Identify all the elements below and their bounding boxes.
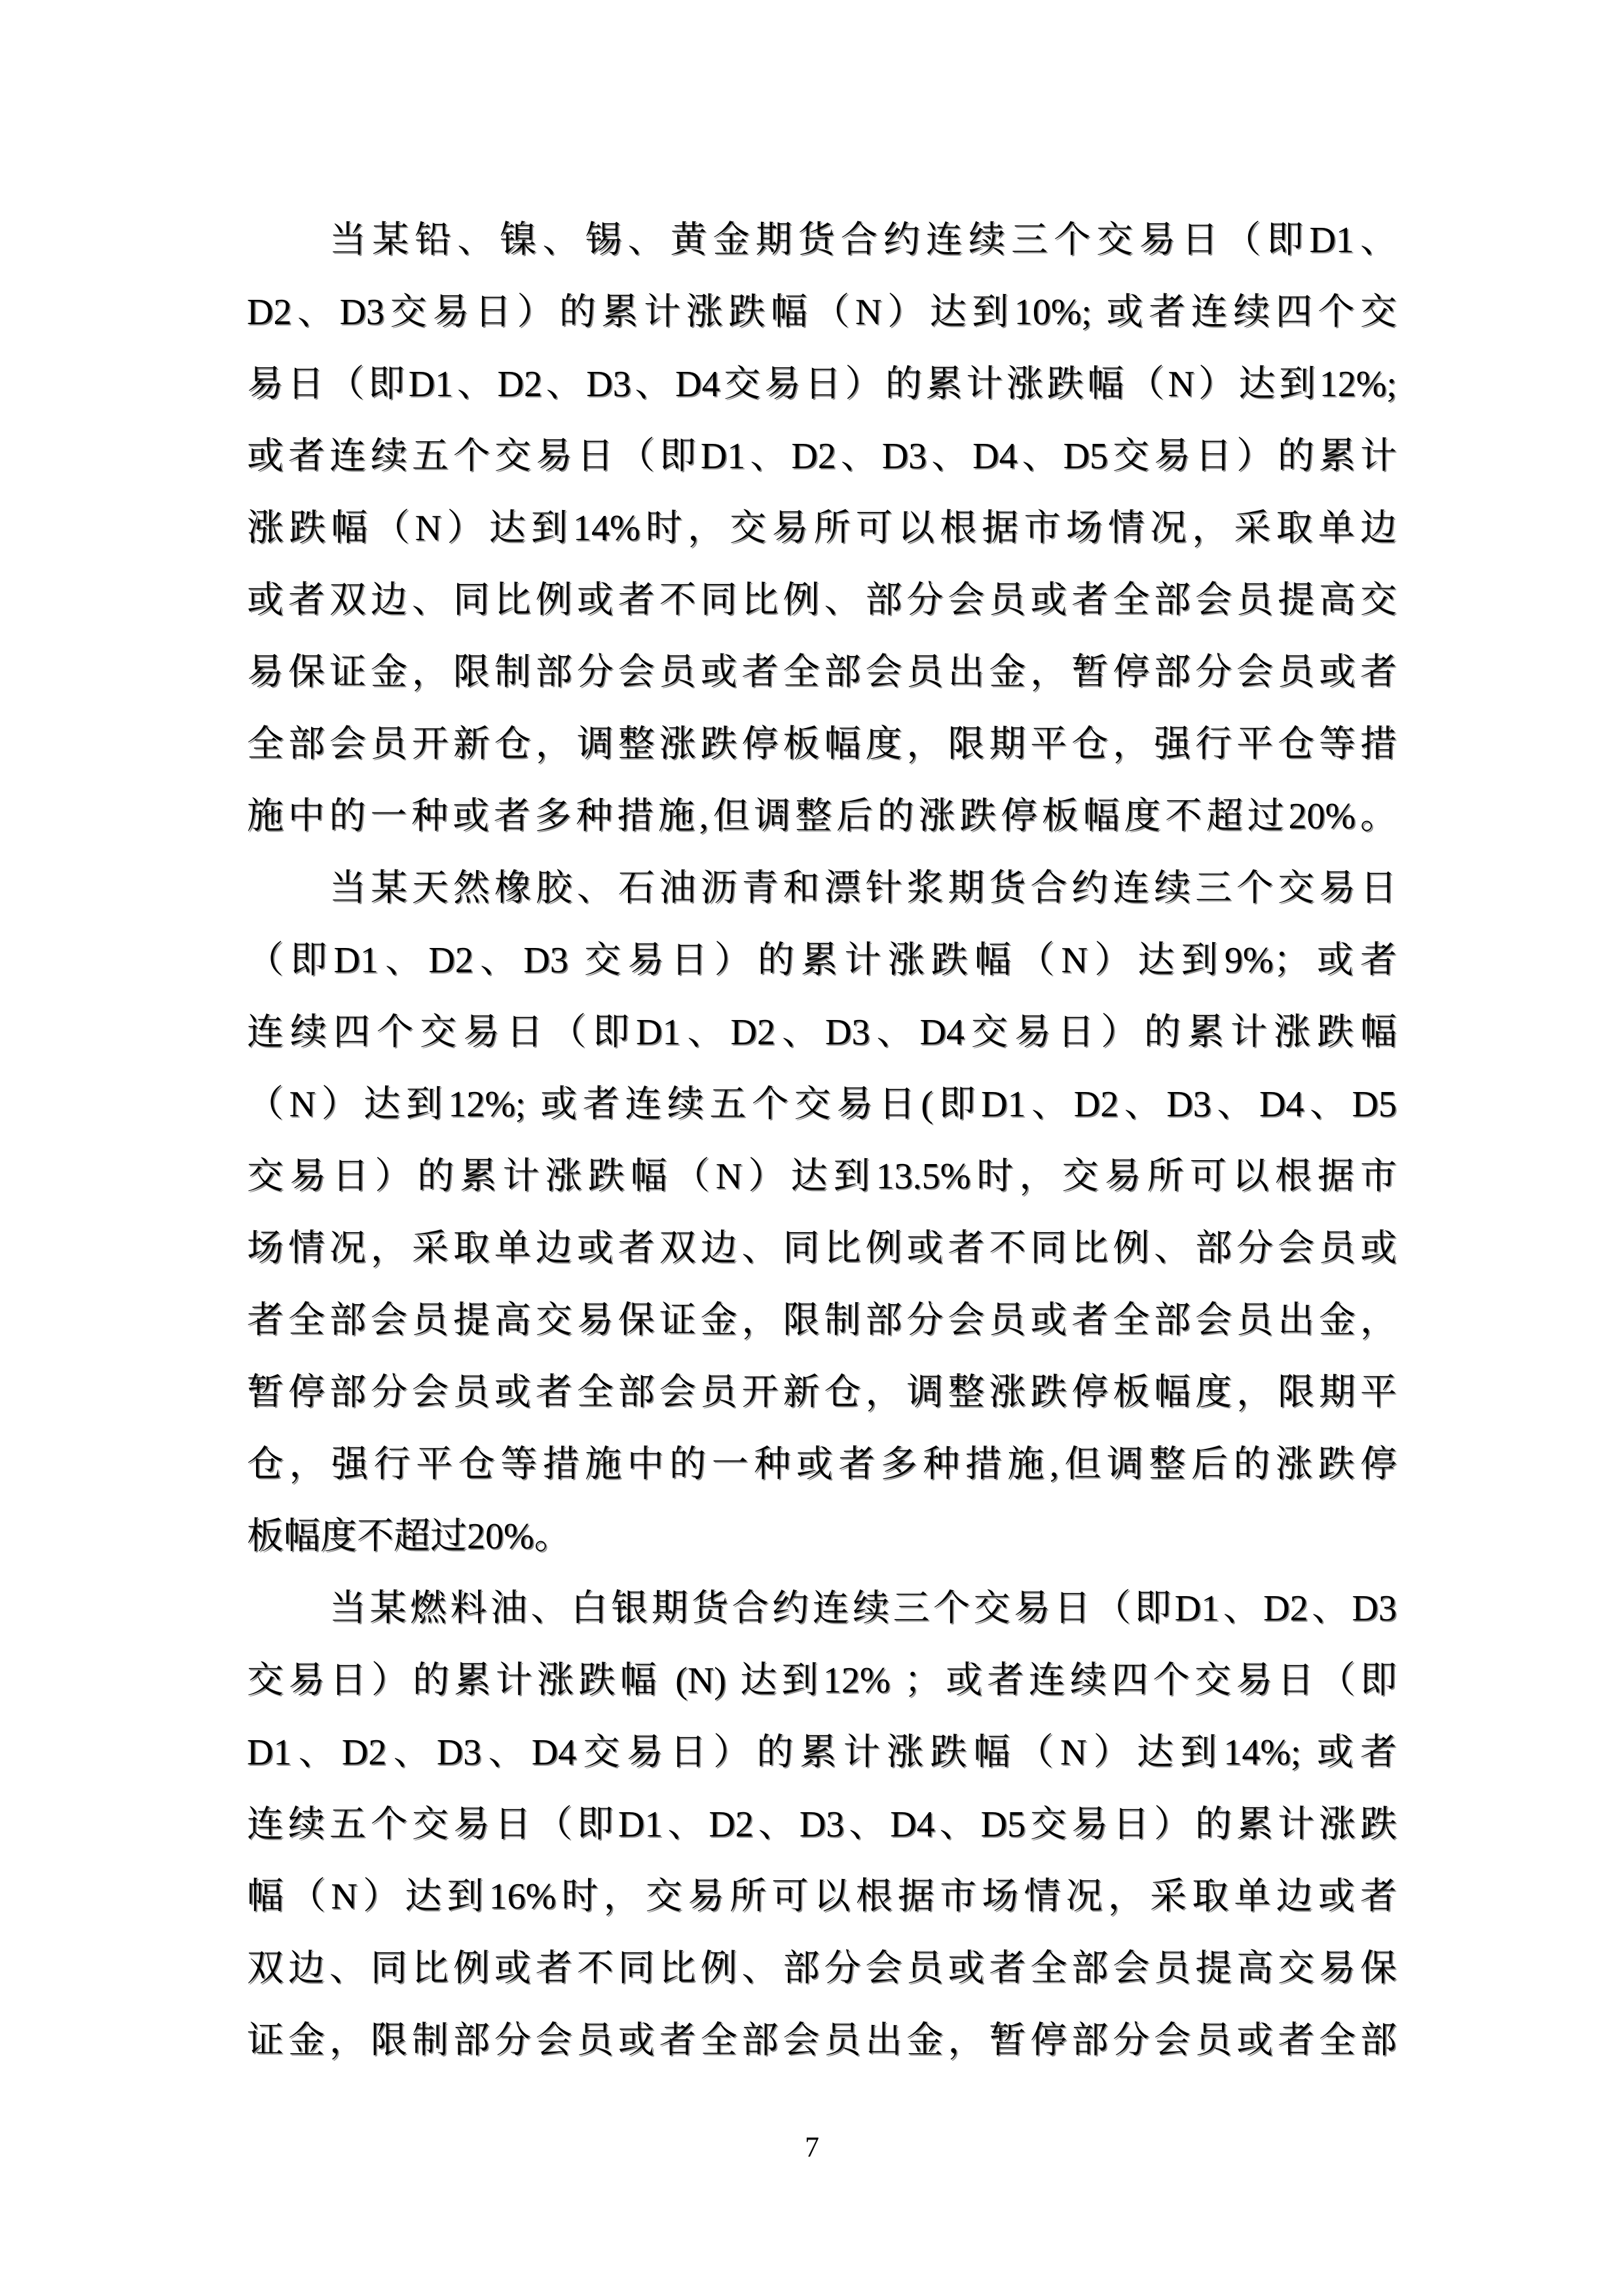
document-page: 当某铅、镍、锡、黄金期货合约连续三个交易日（即D1、 D2、D3交易日）的累计涨… (0, 0, 1624, 2296)
text-line: 易日（即D1、D2、D3、D4交易日）的累计涨跌幅（N）达到12%; (247, 348, 1397, 420)
text-line: 板幅度不超过20%。 (247, 1501, 1397, 1573)
paragraph-fueloil-silver: 当某燃料油、白银期货合约连续三个交易日（即D1、D2、D3 交易日）的累计涨跌幅… (247, 1573, 1397, 2077)
text-line: 连续五个交易日（即D1、D2、D3、D4、D5交易日）的累计涨跌 (247, 1789, 1397, 1861)
paragraph-metals: 当某铅、镍、锡、黄金期货合约连续三个交易日（即D1、 D2、D3交易日）的累计涨… (247, 204, 1397, 852)
text-line: 场情况，采取单边或者双边、同比例或者不同比例、部分会员或 (247, 1212, 1397, 1285)
text-line: 双边、同比例或者不同比例、部分会员或者全部会员提高交易保 (247, 1933, 1397, 2005)
page-footer: 7 (0, 2132, 1624, 2163)
text-line: 或者双边、同比例或者不同比例、部分会员或者全部会员提高交 (247, 564, 1397, 636)
text-line: D2、D3交易日）的累计涨跌幅（N）达到10%; 或者连续四个交 (247, 276, 1397, 348)
text-line: 涨跌幅（N）达到14%时，交易所可以根据市场情况，采取单边 (247, 492, 1397, 564)
page-number: 7 (805, 2131, 819, 2163)
paragraph-rubber-bitumen-pulp: 当某天然橡胶、石油沥青和漂针浆期货合约连续三个交易日 （即D1、D2、D3 交易… (247, 852, 1397, 1573)
text-line: 暂停部分会员或者全部会员开新仓，调整涨跌停板幅度，限期平 (247, 1357, 1397, 1429)
text-line: 交易日）的累计涨跌幅（N）达到13.5%时，交易所可以根据市 (247, 1140, 1397, 1212)
text-line: D1、D2、D3、D4交易日）的累计涨跌幅（N）达到14%; 或者 (247, 1717, 1397, 1789)
text-line: 连续四个交易日（即D1、D2、D3、D4交易日）的累计涨跌幅 (247, 996, 1397, 1068)
text-line: 交易日）的累计涨跌幅 (N) 达到12% ；或者连续四个交易日（即 (247, 1645, 1397, 1717)
text-line: 或者连续五个交易日（即D1、D2、D3、D4、D5交易日）的累计 (247, 420, 1397, 492)
text-line: （N）达到12%; 或者连续五个交易日(即D1、D2、D3、D4、D5 (247, 1068, 1397, 1140)
text-line: 仓，强行平仓等措施中的一种或者多种措施,但调整后的涨跌停 (247, 1429, 1397, 1501)
text-line: 当某燃料油、白银期货合约连续三个交易日（即D1、D2、D3 (247, 1573, 1397, 1645)
text-line: 者全部会员提高交易保证金，限制部分会员或者全部会员出金， (247, 1285, 1397, 1357)
text-line: 证金，限制部分会员或者全部会员出金，暂停部分会员或者全部 (247, 2005, 1397, 2077)
text-block: 当某铅、镍、锡、黄金期货合约连续三个交易日（即D1、 D2、D3交易日）的累计涨… (247, 204, 1397, 2077)
text-line: 易保证金，限制部分会员或者全部会员出金，暂停部分会员或者 (247, 636, 1397, 708)
text-line: 全部会员开新仓，调整涨跌停板幅度，限期平仓，强行平仓等措 (247, 708, 1397, 780)
text-line: （即D1、D2、D3 交易日）的累计涨跌幅（N）达到9%；或者 (247, 924, 1397, 996)
text-line: 当某天然橡胶、石油沥青和漂针浆期货合约连续三个交易日 (247, 852, 1397, 924)
text-line: 当某铅、镍、锡、黄金期货合约连续三个交易日（即D1、 (247, 204, 1397, 276)
text-line: 施中的一种或者多种措施,但调整后的涨跌停板幅度不超过20%。 (247, 780, 1397, 852)
text-line: 幅（N）达到16%时，交易所可以根据市场情况，采取单边或者 (247, 1861, 1397, 1933)
